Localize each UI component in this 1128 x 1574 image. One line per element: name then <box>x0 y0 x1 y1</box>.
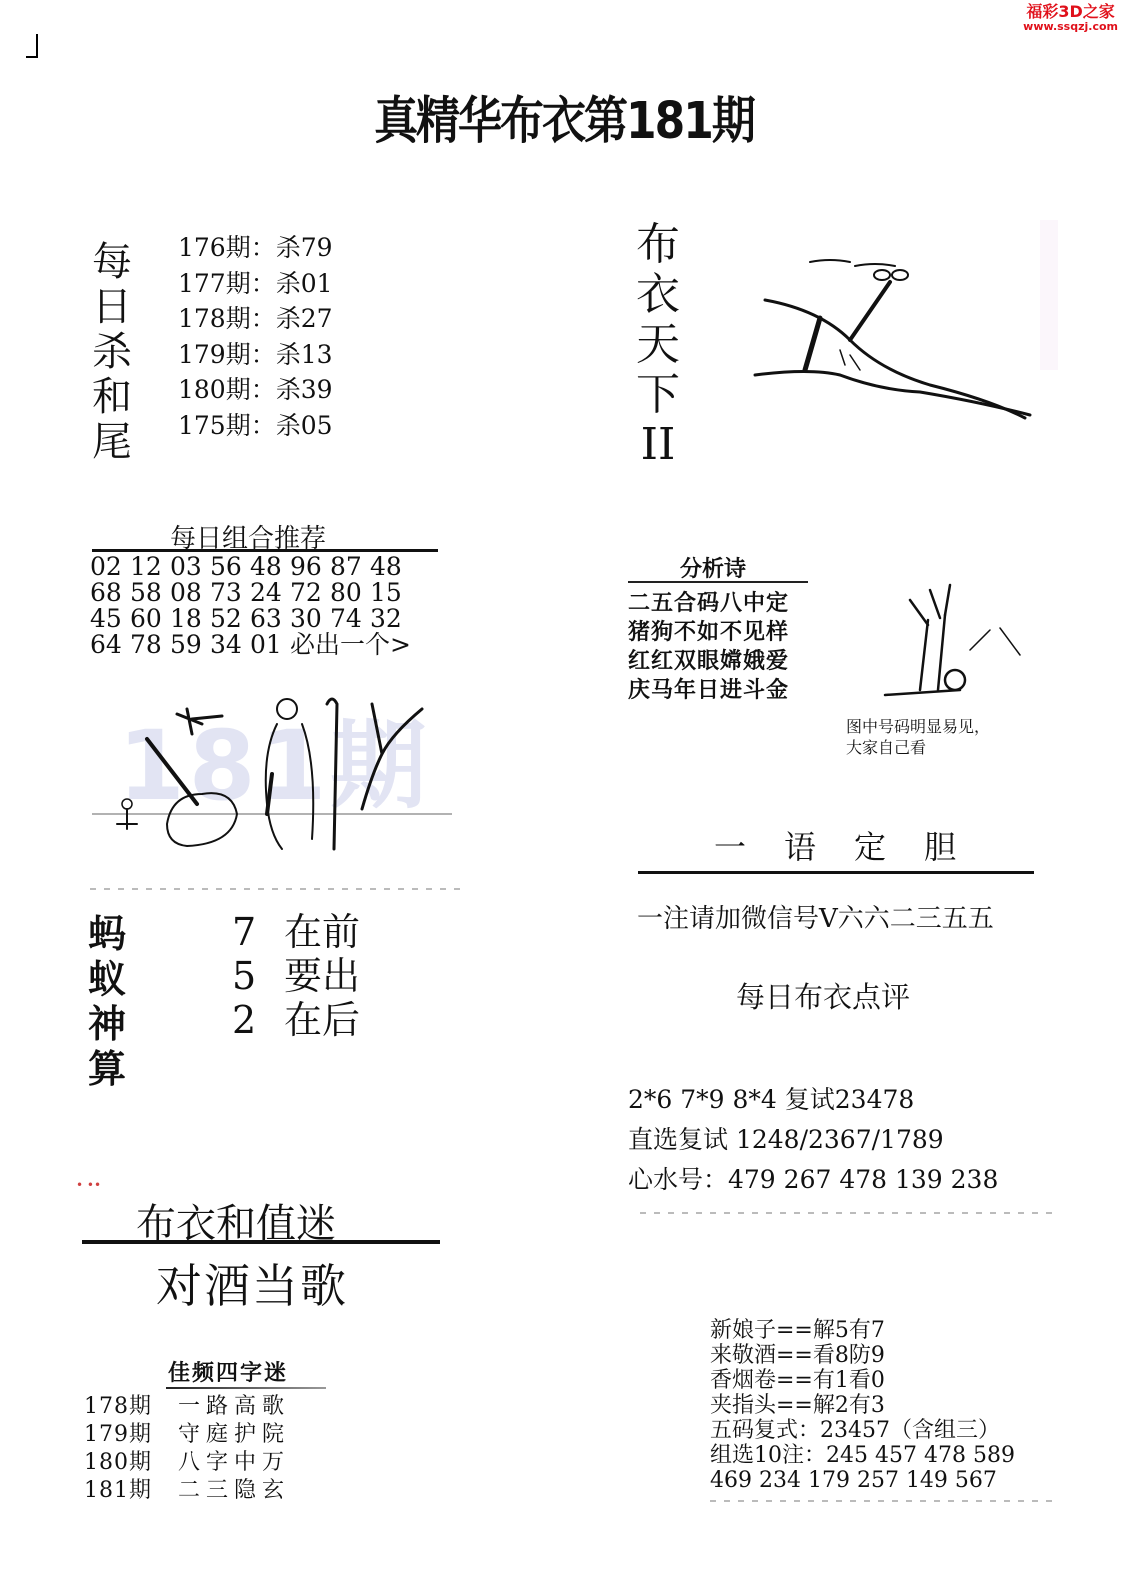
combo-cell: 96 <box>290 554 330 580</box>
period: 180期： <box>178 375 276 404</box>
kill-value: 杀39 <box>276 375 333 404</box>
combo-cell: 63 <box>250 606 290 632</box>
bride-riddle: 新娘子==解5有7 来敬酒==看8防9 香烟卷==有1看0 夹指头==解2有3 … <box>710 1318 1015 1493</box>
poem-line: 红红双眼嫦娥爱 <box>628 647 789 676</box>
review-line: 心水号：479 267 478 139 238 <box>628 1160 998 1200</box>
ant-row: 7在前 <box>232 910 360 954</box>
label-char: 蚁 <box>88 957 126 1002</box>
poem-divider <box>628 581 808 583</box>
riddle-line: 夹指头==解2有3 <box>710 1393 1015 1418</box>
combo-cell: 74 <box>330 606 370 632</box>
period: 177期： <box>178 269 276 298</box>
buyi-riddle-divider <box>82 1240 440 1244</box>
ant-text: 在前 <box>284 910 360 954</box>
combo-cell: 73 <box>210 580 250 606</box>
title-char: 定 <box>854 828 886 866</box>
riddle-line: 香烟卷==有1看0 <box>710 1368 1015 1393</box>
daily-kill-label: 每 日 杀 和 尾 <box>92 240 136 465</box>
combo-cell: 78 <box>130 632 170 658</box>
combo-cell: 87 <box>330 554 370 580</box>
riddle-line: 来敬酒==看8防9 <box>710 1343 1015 1368</box>
four-char-row: 178期一路高歌 <box>84 1393 290 1421</box>
riddle-line: 新娘子==解5有7 <box>710 1318 1015 1343</box>
combo-grid: 0212035648968748 6858087324728015 456018… <box>90 554 411 658</box>
combo-row: 6478593401必出一个> <box>90 632 411 658</box>
kill-row: 178期：杀27 <box>178 301 333 337</box>
label-char: 尾 <box>92 420 136 465</box>
four-char-row: 180期八字中万 <box>84 1449 290 1477</box>
scholar-illustration <box>92 664 452 864</box>
label-char: 下 <box>630 370 686 420</box>
combo-cell: 80 <box>330 580 370 606</box>
ant-calc-label: 蚂 蚁 神 算 <box>88 912 126 1092</box>
ant-row: 2在后 <box>232 998 360 1042</box>
four-char-list: 178期一路高歌 179期守庭护院 180期八字中万 181期二三隐玄 <box>84 1393 290 1505</box>
review-lines: 2*6 7*9 8*4 复试23478 直选复试 1248/2367/1789 … <box>628 1080 998 1200</box>
tree-sketch-image <box>870 580 1030 700</box>
label-char: 布 <box>630 220 686 270</box>
combo-cell: 48 <box>250 554 290 580</box>
combo-cell: 56 <box>210 554 250 580</box>
combo-row: 6858087324728015 <box>90 580 411 606</box>
kill-value: 杀13 <box>276 340 333 369</box>
title-char: 一 <box>714 828 746 866</box>
words: 八字中万 <box>178 1450 290 1475</box>
faint-divider <box>90 888 460 890</box>
riddle-line: 469 234 179 257 149 567 <box>710 1468 1015 1493</box>
caption-line: 大家自己看 <box>846 737 990 758</box>
buyi-tianxia-label: 布 衣 天 下 II <box>630 220 686 470</box>
crane-sketch-image <box>750 240 1040 440</box>
label-char: II <box>630 420 686 470</box>
combo-cell: 68 <box>90 580 130 606</box>
combo-cell: 12 <box>130 554 170 580</box>
ant-text: 要出 <box>284 954 360 998</box>
kill-row: 180期：杀39 <box>178 372 333 408</box>
four-char-row: 179期守庭护院 <box>84 1421 290 1449</box>
combo-note: 必出一个> <box>290 630 411 659</box>
words: 一路高歌 <box>178 1394 290 1419</box>
combo-cell: 34 <box>210 632 250 658</box>
title-char: 语 <box>784 828 816 866</box>
poem-line: 猪狗不如不见样 <box>628 618 789 647</box>
ant-num: 5 <box>232 954 284 998</box>
riddle-line: 五码复式：23457（含组三） <box>710 1418 1015 1443</box>
period: 178期： <box>178 304 276 333</box>
kill-row: 179期：杀13 <box>178 337 333 373</box>
period: 179期： <box>178 340 276 369</box>
period: 175期： <box>178 411 276 440</box>
combo-row: 0212035648968748 <box>90 554 411 580</box>
period: 178期 <box>84 1393 178 1421</box>
four-char-title: 佳频四字迷 <box>168 1356 288 1387</box>
corner-mark <box>26 34 38 58</box>
combo-cell: 48 <box>370 554 410 580</box>
poem-line: 庆马年日进斗金 <box>628 676 789 705</box>
combo-cell: 02 <box>90 554 130 580</box>
kill-row: 177期：杀01 <box>178 266 333 302</box>
label-char: 每 <box>92 240 136 285</box>
combo-cell: 59 <box>170 632 210 658</box>
combo-cell: 03 <box>170 554 210 580</box>
kill-value: 杀79 <box>276 233 333 262</box>
kill-row: 175期：杀05 <box>178 408 333 444</box>
period: 179期 <box>84 1421 178 1449</box>
label-char: 算 <box>88 1047 126 1092</box>
buyi-riddle-answer: 对酒当歌 <box>156 1250 348 1316</box>
ant-row: 5要出 <box>232 954 360 998</box>
four-char-row: 181期二三隐玄 <box>84 1477 290 1505</box>
yiyu-divider <box>638 871 1034 874</box>
combo-cell: 72 <box>290 580 330 606</box>
daily-kill-list: 176期：杀79 177期：杀01 178期：杀27 179期：杀13 180期… <box>178 230 333 443</box>
red-marks: • •• <box>76 1178 101 1192</box>
label-char: 和 <box>92 375 136 420</box>
ant-num: 7 <box>232 910 284 954</box>
poem-title: 分析诗 <box>680 552 746 583</box>
combo-cell: 08 <box>170 580 210 606</box>
combo-cell: 60 <box>130 606 170 632</box>
kill-value: 杀27 <box>276 304 333 333</box>
combo-cell: 18 <box>170 606 210 632</box>
combo-cell: 58 <box>130 580 170 606</box>
words: 守庭护院 <box>178 1422 290 1447</box>
poem-line: 二五合码八中定 <box>628 589 789 618</box>
words: 二三隐玄 <box>178 1478 290 1503</box>
combo-cell: 45 <box>90 606 130 632</box>
kill-value: 杀05 <box>276 411 333 440</box>
combo-cell: 30 <box>290 606 330 632</box>
tree-caption: 图中号码明显易见， 大家自己看 <box>846 716 990 758</box>
ant-num: 2 <box>232 998 284 1042</box>
label-char: 杀 <box>92 330 136 375</box>
yiyu-text: 一注请加微信号V六六二三五五 <box>637 898 994 935</box>
site-watermark: 福彩3D之家 www.ssqzj.com <box>1023 4 1118 32</box>
side-tint <box>1040 220 1058 370</box>
title-char: 胆 <box>924 828 956 866</box>
review-line: 直选复试 1248/2367/1789 <box>628 1120 998 1160</box>
review-line: 2*6 7*9 8*4 复试23478 <box>628 1080 998 1120</box>
combo-row: 4560185263307432 <box>90 606 411 632</box>
site-url: www.ssqzj.com <box>1023 21 1118 33</box>
combo-cell: 24 <box>250 580 290 606</box>
site-name: 福彩3D之家 <box>1023 4 1118 21</box>
label-char: 神 <box>88 1002 126 1047</box>
kill-row: 176期：杀79 <box>178 230 333 266</box>
label-char: 天 <box>630 320 686 370</box>
period: 176期： <box>178 233 276 262</box>
combo-cell: 15 <box>370 580 410 606</box>
combo-cell: 32 <box>370 606 410 632</box>
four-char-divider <box>166 1387 326 1389</box>
combo-cell: 52 <box>210 606 250 632</box>
label-char: 日 <box>92 285 136 330</box>
combo-cell: 01 <box>250 632 290 658</box>
faint-divider <box>710 1500 1060 1502</box>
review-title: 每日布衣点评 <box>736 975 910 1016</box>
period: 180期 <box>84 1449 178 1477</box>
yiyu-dingdan-title: 一语定胆 <box>714 822 994 868</box>
caption-line: 图中号码明显易见， <box>846 716 990 737</box>
ant-text: 在后 <box>284 998 360 1042</box>
ant-calc-lines: 7在前 5要出 2在后 <box>232 910 360 1042</box>
label-char: 衣 <box>630 270 686 320</box>
riddle-line: 组选10注：245 457 478 589 <box>710 1443 1015 1468</box>
faint-divider <box>640 1212 1060 1214</box>
combo-cell: 64 <box>90 632 130 658</box>
kill-value: 杀01 <box>276 269 333 298</box>
period: 181期 <box>84 1477 178 1505</box>
label-char: 蚂 <box>88 912 126 957</box>
poem-lines: 二五合码八中定 猪狗不如不见样 红红双眼嫦娥爱 庆马年日进斗金 <box>628 589 789 705</box>
page-title: 真精华布衣第181期 <box>0 79 1128 153</box>
